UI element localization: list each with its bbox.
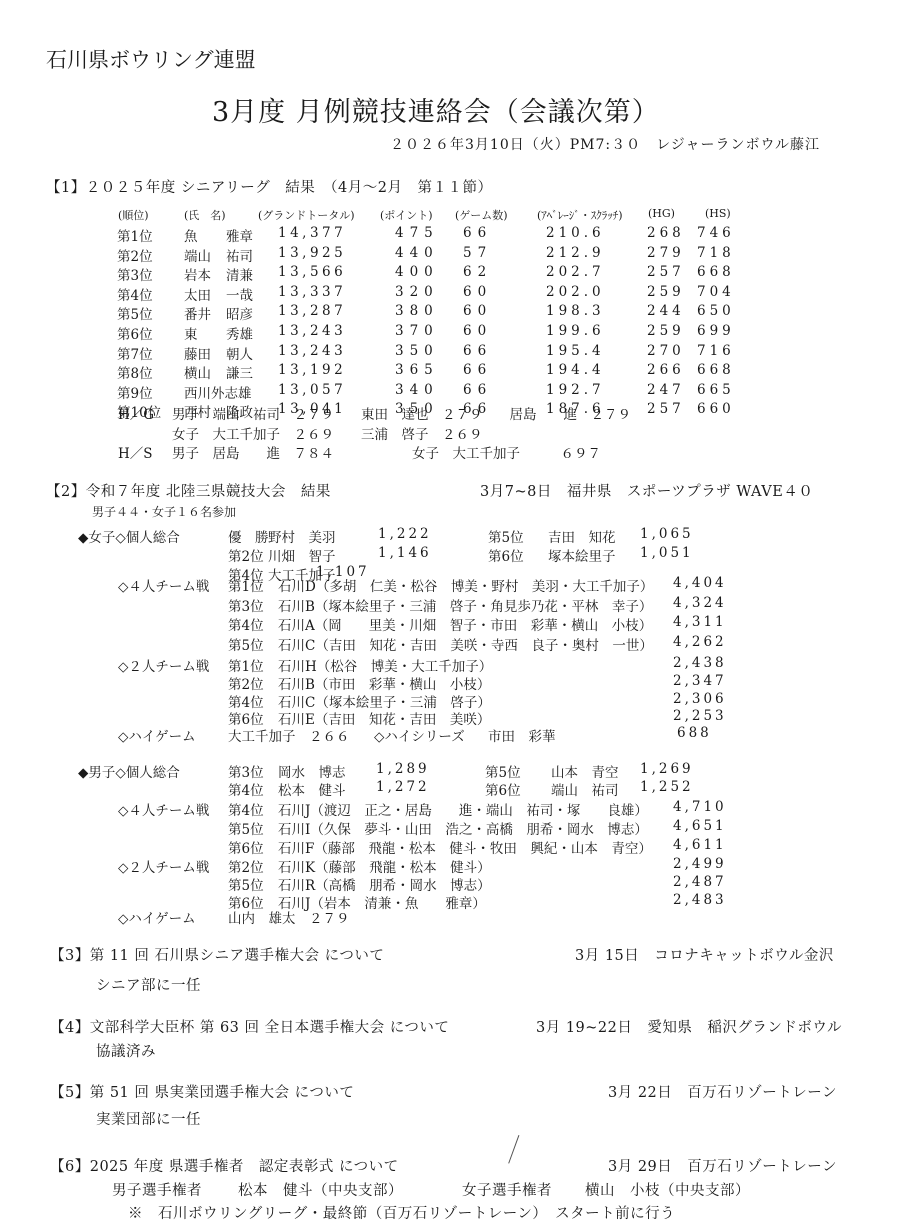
total-cell: 13,192 <box>278 362 346 378</box>
section-5-venue: 3月 22日 百万石リゾートレーン <box>608 1081 837 1102</box>
men-highgame-label: ◇ハイゲーム <box>118 907 196 927</box>
section-4-note: 協議済み <box>96 1040 156 1061</box>
rank-cell: 第2位 <box>228 856 264 876</box>
score-cell: 2,438 <box>673 655 727 671</box>
last-name-cell: 太田 <box>184 284 211 304</box>
team-cell: 石川I（久保 夢斗・山田 浩之・高橋 朋希・岡水 博志） <box>278 818 648 838</box>
women-highseries-score: 688 <box>677 725 712 741</box>
score-cell: 1,065 <box>640 526 694 542</box>
first-name-cell: 一哉 <box>226 284 253 304</box>
team-cell: 石川F（藤部 飛龍・松本 健斗・牧田 興紀・山本 青空） <box>278 837 652 857</box>
last-name-cell: 端山 <box>184 245 211 265</box>
hs-cell: 668 <box>697 264 735 280</box>
men-champion-label: 男子選手権者 <box>112 1179 202 1200</box>
name-cell: 吉田 知花 <box>548 526 616 546</box>
team-cell: 石川A（岡 里美・川畑 智子・市田 彩華・横山 小枝） <box>278 614 652 634</box>
rank-cell: 第4位 <box>228 779 264 799</box>
last-name-cell: 東 <box>184 323 198 343</box>
points-cell: 340 <box>395 382 439 398</box>
section-6-note: ※ 石川ボウリングリーグ・最終節（百万石リゾートレーン） スタート前に行う <box>128 1202 675 1223</box>
total-cell: 13,925 <box>278 245 346 261</box>
last-name-cell: 番井 <box>184 303 211 323</box>
first-name-cell: 祐司 <box>226 245 253 265</box>
rank-cell: 第4位 <box>228 799 264 819</box>
women-team2-label: ◇２人チーム戦 <box>118 655 209 675</box>
col-average: (ｱﾍﾞﾚｰｼﾞ・ｽｸﾗｯﾁ) <box>537 207 623 223</box>
points-cell: 440 <box>395 245 439 261</box>
average-cell: 199.6 <box>546 323 605 339</box>
first-name-cell: 雅章 <box>226 225 253 245</box>
last-name-cell: 魚 <box>184 225 198 245</box>
hg-cell: 257 <box>647 401 685 417</box>
hs-cell: 668 <box>697 362 735 378</box>
points-cell: 370 <box>395 323 439 339</box>
name-cell: 塚本絵里子 <box>548 545 616 565</box>
hg-cell: 247 <box>647 382 685 398</box>
rank-cell: 第5位 <box>228 874 264 894</box>
hs-men: 男子 居島 進 ７８４ <box>172 442 334 462</box>
games-cell: 57 <box>463 245 492 261</box>
total-cell: 13,057 <box>278 382 346 398</box>
games-cell: 66 <box>463 343 492 359</box>
hg-cell: 244 <box>647 303 685 319</box>
section-4-venue: 3月 19~22日 愛知県 稲沢グランドボウル <box>536 1016 842 1037</box>
name-cell: 川畑 智子 <box>268 545 336 565</box>
rank-cell: 第2位 <box>228 545 264 565</box>
average-cell: 202.0 <box>546 284 605 300</box>
participants: 男子４４・女子１６名参加 <box>92 503 236 520</box>
first-name-cell: 清兼 <box>226 264 253 284</box>
hs-women: 女子 大工千加子 ６９７ <box>412 442 601 462</box>
rank-cell: 第8位 <box>117 362 153 382</box>
section-2-venue: 3月7~8日 福井県 スポーツプラザ WAVE４０ <box>480 480 813 501</box>
last-name-cell: 横山 <box>184 362 211 382</box>
score-cell: 1,252 <box>640 779 694 795</box>
points-cell: 365 <box>395 362 439 378</box>
pen-mark <box>508 1135 529 1167</box>
name-cell: 山本 青空 <box>551 761 619 781</box>
score-cell: 1,146 <box>378 545 432 561</box>
hs-cell: 650 <box>697 303 735 319</box>
score-cell: 4,611 <box>673 837 727 853</box>
average-cell: 195.4 <box>546 343 605 359</box>
women-team4-label: ◇４人チーム戦 <box>118 575 209 595</box>
team-cell: 石川C（吉田 知花・吉田 美咲・寺西 良子・奥村 一世） <box>278 634 653 654</box>
hg-cell: 259 <box>647 323 685 339</box>
section-4-title: 【4】文部科学大臣杯 第 63 回 全日本選手権大会 について <box>50 1016 449 1037</box>
games-cell: 60 <box>463 284 492 300</box>
col-total: (グランドトータル) <box>258 207 355 223</box>
hg-cell: 259 <box>647 284 685 300</box>
score-cell: 4,710 <box>673 799 727 815</box>
last-name-cell: 岩本 <box>184 264 211 284</box>
section-6-title: 【6】2025 年度 県選手権者 認定表彰式 について <box>50 1155 399 1176</box>
women-individual-label: ◆女子◇個人総合 <box>78 526 180 546</box>
team-cell: 石川D（多胡 仁美・松谷 博美・野村 美羽・大工千加子） <box>278 575 653 595</box>
rank-cell: 第3位 <box>228 761 264 781</box>
total-cell: 13,566 <box>278 264 346 280</box>
hg-label: H／G <box>118 403 154 423</box>
total-cell: 13,337 <box>278 284 346 300</box>
hs-cell: 746 <box>697 225 735 241</box>
name-cell: 岡水 博志 <box>278 761 346 781</box>
organization-name: 石川県ボウリング連盟 <box>46 44 256 74</box>
section-2-title: 【2】令和７年度 北陸三県競技大会 結果 <box>46 480 331 501</box>
rank-cell: 第5位 <box>488 526 524 546</box>
hs-cell: 716 <box>697 343 735 359</box>
section-3-venue: 3月 15日 コロナキャットボウル金沢 <box>575 944 834 965</box>
rank-cell: 第4位 <box>228 614 264 634</box>
name-cell: 野村 美羽 <box>268 526 336 546</box>
first-name-cell: 秀雄 <box>226 323 253 343</box>
col-hg: (HG) <box>648 207 675 220</box>
men-individual-label: ◆男子◇個人総合 <box>78 761 180 781</box>
score-cell: 2,483 <box>673 892 727 908</box>
women-highgame: 大工千加子 ２６６ <box>228 725 350 745</box>
rank-cell: 第9位 <box>117 382 153 402</box>
average-cell: 212.9 <box>546 245 605 261</box>
first-name-cell: 朝人 <box>226 343 253 363</box>
section-3-title: 【3】第 11 回 石川県シニア選手権大会 について <box>50 944 384 965</box>
men-highgame: 山内 雄太 ２７９ <box>228 907 350 927</box>
section-1-title: 【1】２０２５年度 シニアリーグ 結果 （4月～2月 第１１節） <box>46 176 492 197</box>
name-cell: 端山 祐司 <box>551 779 619 799</box>
men-team4-label: ◇４人チーム戦 <box>118 799 209 819</box>
men-team2-label: ◇２人チーム戦 <box>118 856 209 876</box>
points-cell: 400 <box>395 264 439 280</box>
points-cell: 475 <box>395 225 439 241</box>
score-cell: 2,487 <box>673 874 727 890</box>
men-champion-name: 松本 健斗（中央支部） <box>238 1179 403 1200</box>
hs-cell: 699 <box>697 323 735 339</box>
section-5-title: 【5】第 51 回 県実業団選手権大会 について <box>50 1081 354 1102</box>
hs-cell: 704 <box>697 284 735 300</box>
hs-label: H／S <box>118 442 153 462</box>
rank-cell: 第2位 <box>117 245 153 265</box>
first-name-cell: 謙三 <box>226 362 253 382</box>
rank-cell: 第6位 <box>485 779 521 799</box>
hs-cell: 665 <box>697 382 735 398</box>
col-rank: (順位) <box>118 207 149 223</box>
hg-women: 女子 大工千加子 ２６９ 三浦 啓子 ２６９ <box>172 423 483 443</box>
score-cell: 4,404 <box>673 575 727 591</box>
rank-cell: 第6位 <box>117 323 153 343</box>
total-cell: 14,377 <box>278 225 346 241</box>
hg-cell: 257 <box>647 264 685 280</box>
average-cell: 192.7 <box>546 382 605 398</box>
col-points: (ポイント) <box>380 207 433 223</box>
games-cell: 62 <box>463 264 492 280</box>
women-champion-name: 横山 小枝（中央支部） <box>585 1179 750 1200</box>
document-title: 3月度 月例競技連絡会（会議次第） <box>212 90 660 129</box>
score-cell: 4,651 <box>673 818 727 834</box>
score-cell: 1,051 <box>640 545 694 561</box>
rank-cell: 第5位 <box>228 634 264 654</box>
women-highseries: 市田 彩華 <box>488 725 556 745</box>
hg-cell: 266 <box>647 362 685 378</box>
last-name-cell: 西川外志雄 <box>184 382 252 402</box>
rank-cell: 第3位 <box>117 264 153 284</box>
rank-cell: 第7位 <box>117 343 153 363</box>
games-cell: 66 <box>463 382 492 398</box>
average-cell: 210.6 <box>546 225 605 241</box>
score-cell: 2,306 <box>673 691 727 707</box>
hg-cell: 279 <box>647 245 685 261</box>
hs-cell: 660 <box>697 401 735 417</box>
section-6-venue: 3月 29日 百万石リゾートレーン <box>608 1155 837 1176</box>
section-3-note: シニア部に一任 <box>96 974 201 995</box>
score-cell: 1,272 <box>376 779 430 795</box>
hs-cell: 718 <box>697 245 735 261</box>
score-cell: 1,222 <box>378 526 432 542</box>
last-name-cell: 藤田 <box>184 343 211 363</box>
score-cell: 4,311 <box>673 614 727 630</box>
rank-cell: 第1位 <box>117 225 153 245</box>
points-cell: 380 <box>395 303 439 319</box>
hg-cell: 268 <box>647 225 685 241</box>
rank-cell: 第5位 <box>228 818 264 838</box>
games-cell: 60 <box>463 303 492 319</box>
team-cell: 石川J（渡辺 正之・居島 進・端山 祐司・塚 良雄） <box>278 799 648 819</box>
score-cell: 2,499 <box>673 856 727 872</box>
col-games: (ゲーム数) <box>455 207 508 223</box>
rank-cell: 第5位 <box>485 761 521 781</box>
total-cell: 13,287 <box>278 303 346 319</box>
games-cell: 60 <box>463 323 492 339</box>
points-cell: 320 <box>395 284 439 300</box>
rank-cell: 第3位 <box>228 595 264 615</box>
section-5-note: 実業団部に一任 <box>96 1108 201 1129</box>
games-cell: 66 <box>463 225 492 241</box>
team-cell: 石川R（高橋 朋希・岡水 博志） <box>278 874 491 894</box>
rank-cell: 第5位 <box>117 303 153 323</box>
col-hs: (HS) <box>705 207 731 220</box>
points-cell: 350 <box>395 343 439 359</box>
rank-cell: 優 勝 <box>228 526 269 546</box>
hg-men: 男子 端山 祐司 ２７９ 東田 達也 ２７９ 居島 進 ２７９ <box>172 403 631 423</box>
col-name: (氏 名) <box>184 207 226 223</box>
hg-cell: 270 <box>647 343 685 359</box>
games-cell: 66 <box>463 362 492 378</box>
rank-cell: 第4位 <box>117 284 153 304</box>
score-cell: 2,347 <box>673 673 727 689</box>
women-highgame-label: ◇ハイゲーム <box>118 725 196 745</box>
team-cell: 石川K（藤部 飛龍・松本 健斗） <box>278 856 491 876</box>
team-cell: 石川B（塚本絵里子・三浦 啓子・角見歩乃花・平林 幸子） <box>278 595 652 615</box>
average-cell: 198.3 <box>546 303 605 319</box>
score-cell: 4,324 <box>673 595 727 611</box>
rank-cell: 第1位 <box>228 575 264 595</box>
score-cell: 2,253 <box>673 708 727 724</box>
score-cell: 1,269 <box>640 761 694 777</box>
average-cell: 202.7 <box>546 264 605 280</box>
name-cell: 松本 健斗 <box>278 779 346 799</box>
score-cell: 1,289 <box>376 761 430 777</box>
total-cell: 13,243 <box>278 323 346 339</box>
score-cell: 4,262 <box>673 634 727 650</box>
rank-cell: 第6位 <box>228 837 264 857</box>
rank-cell: 第6位 <box>488 545 524 565</box>
women-champion-label: 女子選手権者 <box>462 1179 552 1200</box>
women-highseries-label: ◇ハイシリーズ <box>374 725 465 745</box>
first-name-cell: 昭彦 <box>226 303 253 323</box>
average-cell: 194.4 <box>546 362 605 378</box>
total-cell: 13,243 <box>278 343 346 359</box>
meeting-info: ２０２６年3月10日（火）PM7:３０ レジャーランボウル藤江 <box>390 134 820 154</box>
